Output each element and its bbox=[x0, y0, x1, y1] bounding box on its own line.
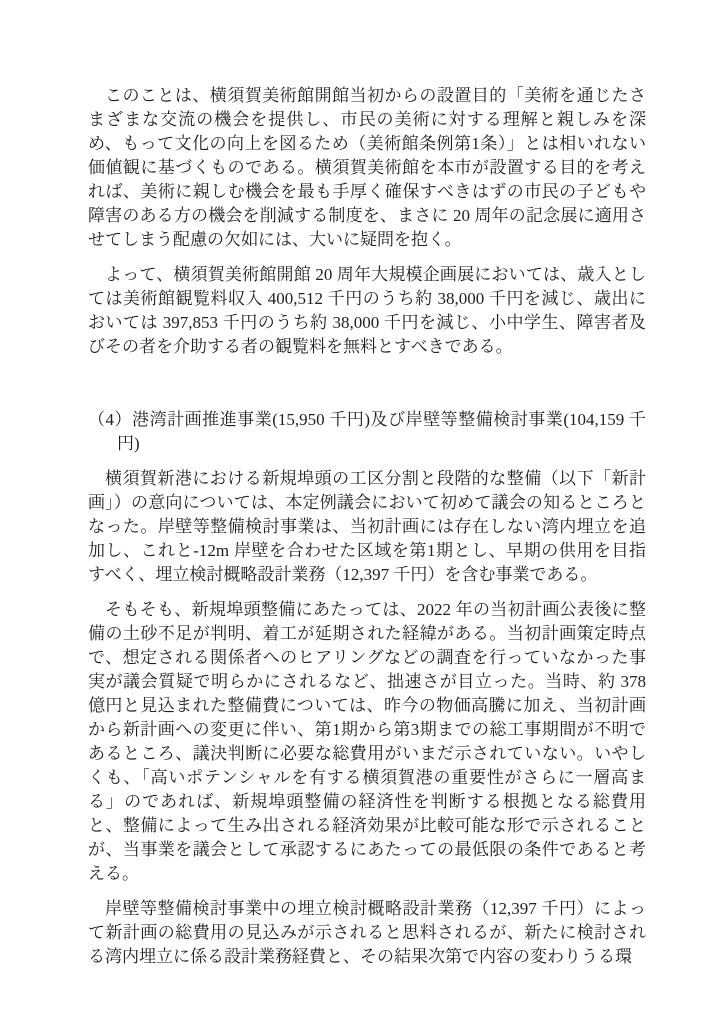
body-paragraph: そもそも、新規埠頭整備にあたっては、2022 年の当初計画公表後に整備の土砂不足… bbox=[88, 598, 646, 886]
document-page: このことは、横須賀美術館開館当初からの設置目的「美術を通じたさまざまな交流の機会… bbox=[0, 0, 724, 1024]
body-paragraph: 岸壁等整備検討事業中の埋立検討概略設計業務（12,397 千円）によって新計画の… bbox=[88, 897, 646, 969]
body-paragraph: このことは、横須賀美術館開館当初からの設置目的「美術を通じたさまざまな交流の機会… bbox=[88, 84, 646, 252]
body-paragraph: よって、横須賀美術館開館 20 周年大規模企画展においては、歳入としては美術館観… bbox=[88, 263, 646, 359]
body-paragraph: 横須賀新港における新規埠頭の工区分割と段階的な整備（以下「新計画」）の意向につい… bbox=[88, 467, 646, 587]
document-text-block: このことは、横須賀美術館開館当初からの設置目的「美術を通じたさまざまな交流の機会… bbox=[88, 84, 646, 980]
section-heading: （4）港湾計画推進事業(15,950 千円)及び岸壁等整備検討事業(104,15… bbox=[88, 408, 646, 456]
